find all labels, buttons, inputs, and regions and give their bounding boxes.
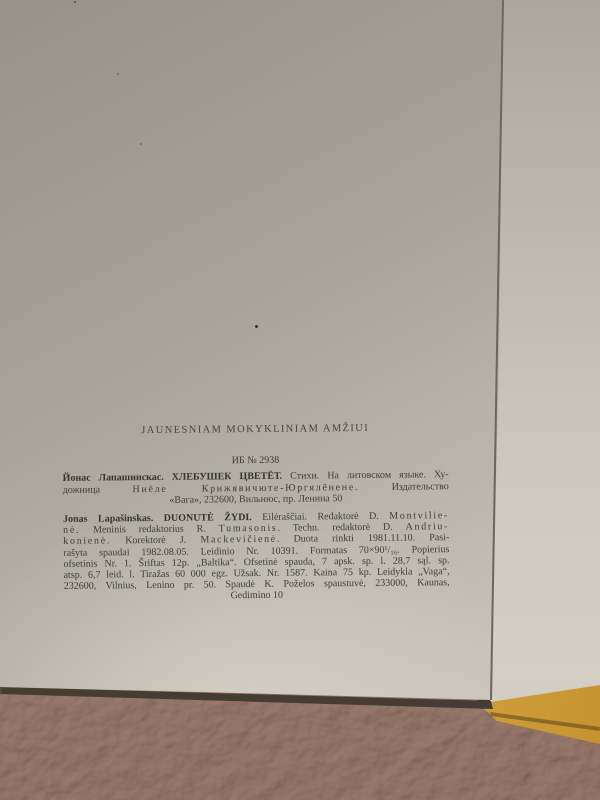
text-segment: nė. [63, 525, 80, 536]
text-segment: Tumasonis [219, 523, 278, 535]
paper-speck [117, 73, 119, 75]
text-segment: konienė. [63, 536, 111, 547]
paper-speck [255, 325, 258, 328]
text-segment: Korektorė J. [111, 535, 201, 547]
book-colophon-photo: JAUNESNIAM MOKYKLINIAM AMŽIUI ИБ № 2938 … [0, 0, 600, 800]
paper-speck [140, 143, 142, 145]
text-segment: Andriu- [406, 521, 450, 532]
text-segment: Gedimino 10 [230, 590, 283, 602]
colophon-text-block: JAUNESNIAM MOKYKLINIAM AMŽIUI ИБ № 2938 … [62, 422, 450, 603]
text-segment: Montvilie- [389, 510, 449, 522]
ib-number: ИБ № 2938 [62, 453, 448, 468]
age-group-heading: JAUNESNIAM MOKYKLINIAM AMŽIUI [62, 422, 448, 437]
text-segment: Mackevičienė [200, 534, 277, 546]
lithuanian-imprint-paragraph: Jonas Lapašinskas. DUONUTĖ ŽYDI. Eilėraš… [63, 510, 450, 603]
text-segment: «Вага», 232600, Вильнюс, пр. Ленина 50 [169, 493, 342, 506]
russian-imprint-paragraph: Йонас Лапашинскас. ХЛЕБУШЕК ЦВЕТЁТ. Стих… [63, 470, 449, 507]
text-segment: дожница [63, 484, 133, 496]
paper-speck [74, 1, 76, 3]
text-segment: Издательство [359, 481, 449, 493]
